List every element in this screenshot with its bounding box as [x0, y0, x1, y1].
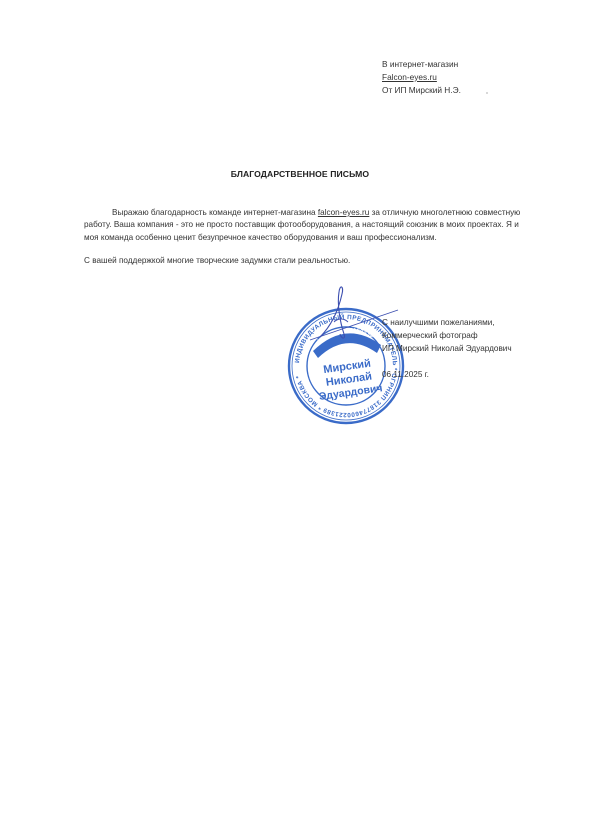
body-paragraph-2: С вашей поддержкой многие творческие зад…: [84, 255, 524, 267]
closing-regards: С наилучшими пожеланиями,: [382, 316, 512, 329]
addressee-link[interactable]: Falcon-eyes.ru: [382, 71, 461, 84]
body-link-falcon-eyes[interactable]: falcon-eyes.ru: [318, 208, 369, 217]
letter-body: Выражаю благодарность команде интернет-м…: [84, 207, 524, 268]
body-paragraph-1: Выражаю благодарность команде интернет-м…: [84, 207, 524, 244]
letter-date: 06.11.2025 г.: [382, 368, 512, 381]
closing-signatory: ИП Мирский Николай Эдуардович: [382, 342, 512, 355]
addressee-block: В интернет-магазин Falcon-eyes.ru От ИП …: [382, 58, 461, 97]
letter-page: В интернет-магазин Falcon-eyes.ru От ИП …: [0, 0, 600, 826]
paragraph-1-start: Выражаю благодарность команде интернет-м…: [112, 208, 318, 217]
addressee-sender: От ИП Мирский Н.Э.: [382, 84, 461, 97]
closing-block: С наилучшими пожеланиями, Коммерческий ф…: [382, 316, 512, 381]
paragraph-gap: [84, 244, 524, 255]
closing-position: Коммерческий фотограф: [382, 329, 512, 342]
letter-title: БЛАГОДАРСТВЕННОЕ ПИСЬМО: [0, 169, 600, 179]
addressee-line-1: В интернет-магазин: [382, 58, 461, 71]
scan-speck: [486, 92, 488, 94]
